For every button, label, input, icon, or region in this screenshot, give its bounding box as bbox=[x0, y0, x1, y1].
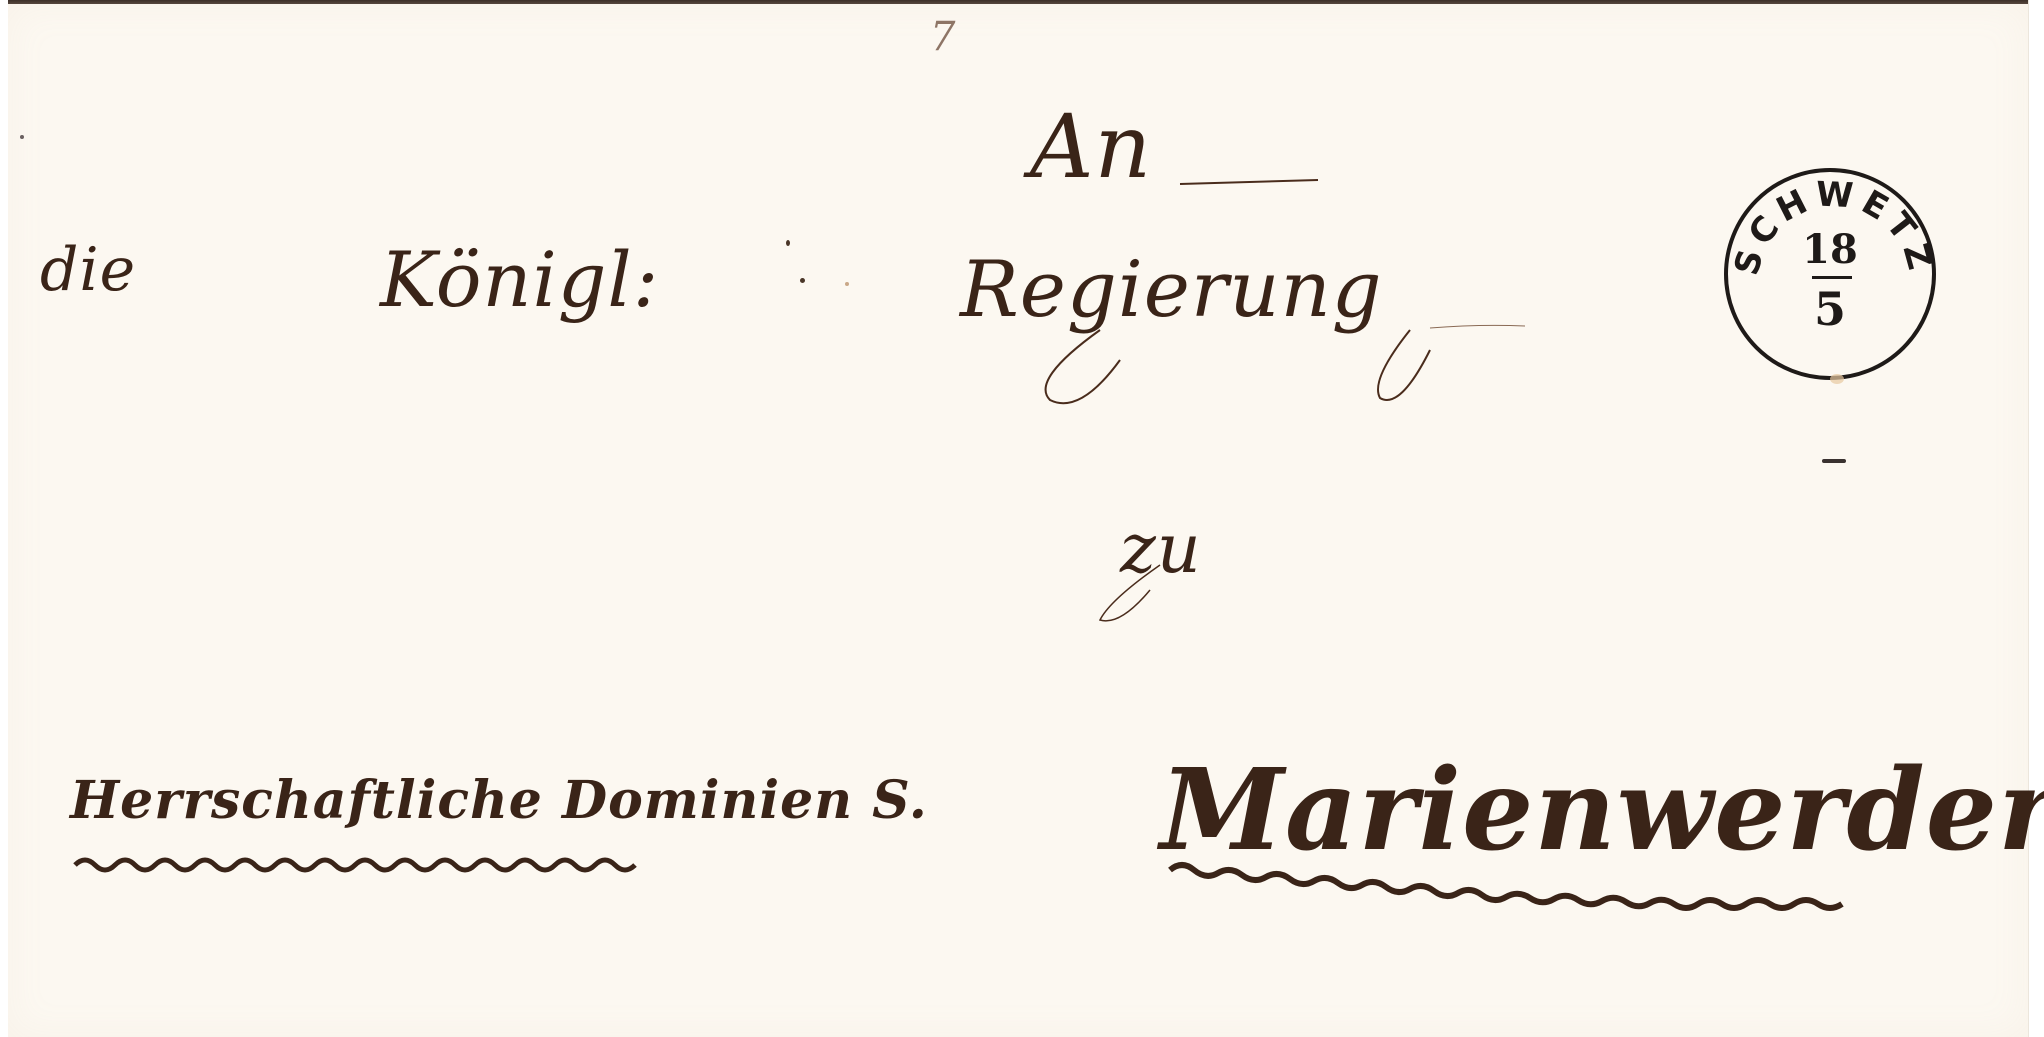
zu-flourish bbox=[1090, 560, 1230, 630]
pencil-mark: 7 bbox=[930, 14, 956, 60]
ink-speck bbox=[786, 240, 790, 246]
address-die: die bbox=[40, 235, 136, 305]
postmark-day: 18 bbox=[1728, 226, 1932, 273]
sender-underline bbox=[75, 850, 655, 880]
salutation-an: An bbox=[1030, 95, 1152, 198]
ink-speck bbox=[845, 282, 849, 286]
postmark-divider bbox=[1812, 276, 1852, 279]
postmark: SCHWETZ 18 5 bbox=[1724, 168, 1936, 380]
an-flourish bbox=[1180, 170, 1320, 190]
ink-speck bbox=[20, 135, 24, 139]
ink-speck bbox=[800, 278, 805, 283]
scan-margin bbox=[2028, 0, 2044, 1037]
destination-underline bbox=[1170, 860, 1890, 910]
regierung-flourish bbox=[1010, 320, 1530, 420]
rust-spot bbox=[1830, 374, 1844, 384]
ink-dash bbox=[1822, 459, 1846, 463]
address-destination: Marienwerder. bbox=[1160, 745, 2044, 876]
address-koenigl: Königl: bbox=[380, 235, 659, 324]
sender-note: Herrschaftliche Dominien S. bbox=[70, 770, 928, 831]
postmark-month: 5 bbox=[1728, 282, 1932, 336]
